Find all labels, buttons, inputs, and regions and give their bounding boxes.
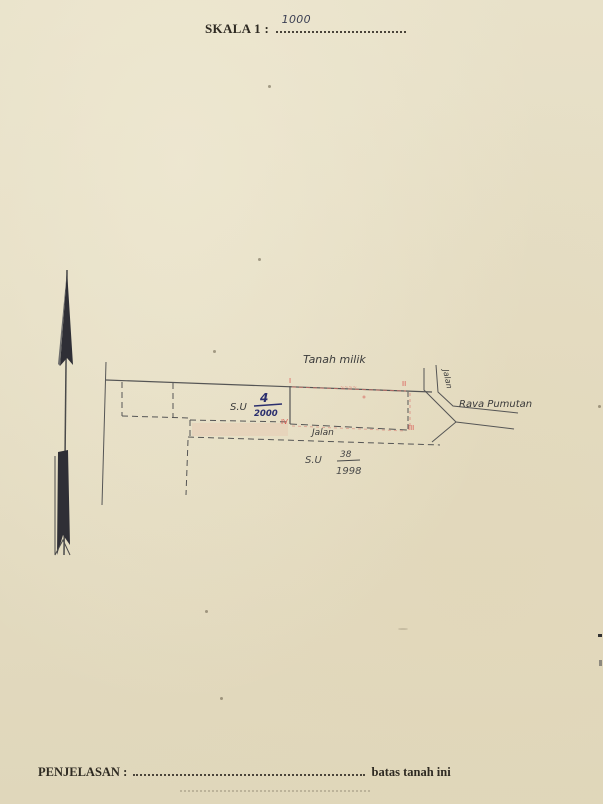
edge-mark xyxy=(598,634,602,637)
label-tanah-milik: Tanah milik xyxy=(303,353,366,366)
explanation-label: PENJELASAN : xyxy=(38,765,127,779)
left-boundary-line xyxy=(102,362,106,505)
svg-text:1998: 1998 xyxy=(336,466,361,477)
faded-print-marks xyxy=(180,790,370,798)
svg-text:S.U: S.U xyxy=(305,455,323,466)
svg-text:2000: 2000 xyxy=(254,409,278,419)
explanation-footer: PENJELASAN : batas tanah ini xyxy=(38,765,451,780)
corner-marker-4: IV xyxy=(281,418,288,426)
parcel-su-label: S.U 4 2000 xyxy=(230,391,282,419)
label-jalan-vertical: Jalan xyxy=(441,367,454,390)
north-arrow-icon xyxy=(55,270,73,555)
sketch-map: I II III IV ~~~~ Tanah milik Jalan Rava … xyxy=(0,0,603,804)
neighbor-parcels xyxy=(122,382,440,495)
subject-parcel xyxy=(192,386,410,436)
explanation-trailing-text: batas tanah ini xyxy=(372,765,451,779)
corner-marker-1: I xyxy=(289,377,291,385)
edge-mark xyxy=(599,660,602,666)
corner-markers: I II III IV ~~~~ xyxy=(281,377,414,432)
svg-text:38: 38 xyxy=(340,450,352,460)
svg-text:S.U: S.U xyxy=(230,402,248,413)
svg-text:~~~~: ~~~~ xyxy=(340,385,357,391)
svg-text:4: 4 xyxy=(259,391,268,405)
corner-marker-3: III xyxy=(408,424,414,432)
label-rava-pumutan: Rava Pumutan xyxy=(459,399,532,410)
label-jalan-bottom: Jalan xyxy=(310,428,334,438)
adjacent-su-label: S.U 38 1998 xyxy=(305,450,361,477)
corner-marker-2: II xyxy=(402,380,406,388)
explanation-dotted-line xyxy=(133,765,365,776)
